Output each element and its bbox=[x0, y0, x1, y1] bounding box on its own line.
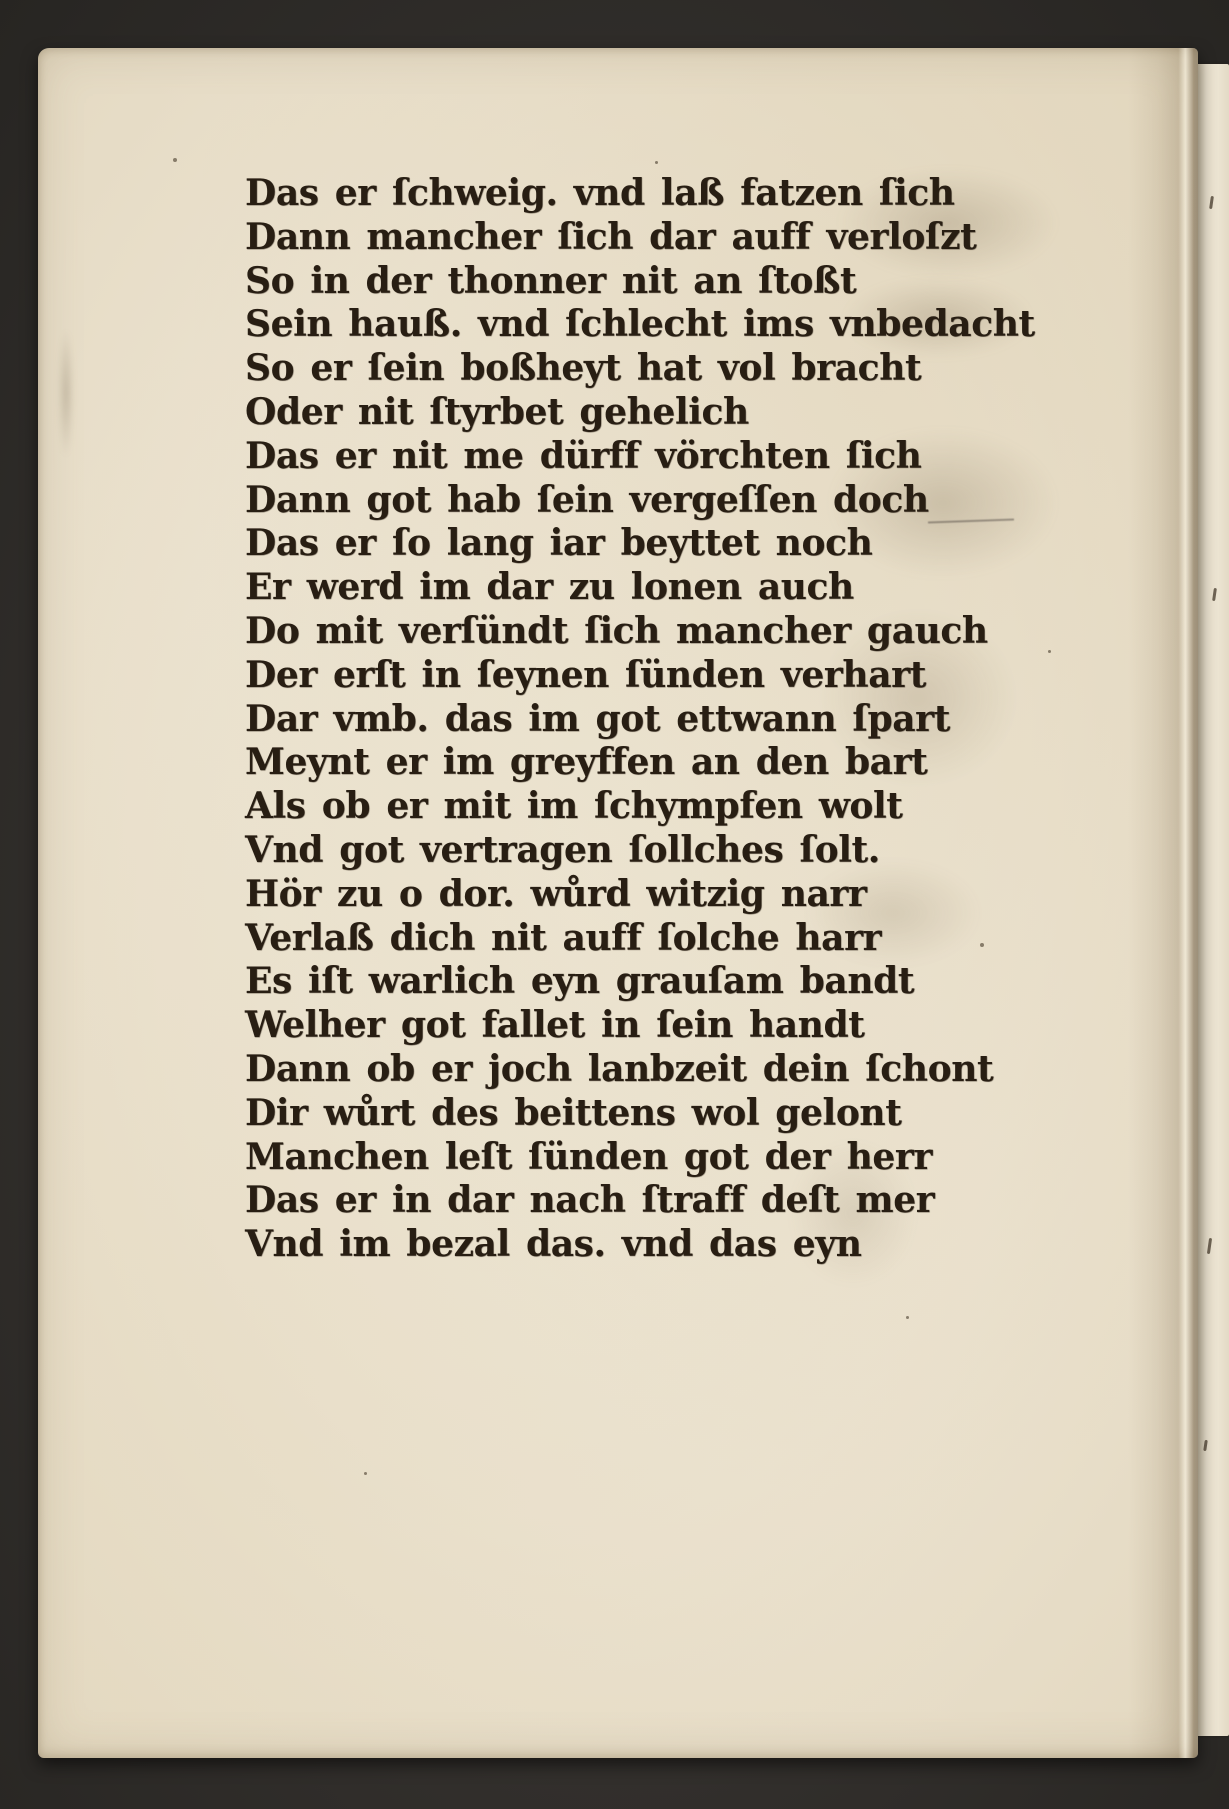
poem-line: Welher got fallet in ſein handt bbox=[245, 1004, 1115, 1048]
poem-line: Oder nit ſtyrbet gehelich bbox=[245, 391, 1115, 435]
poem-line: Hör zu o dor. wůrd witzig narr bbox=[245, 873, 1115, 917]
gutter-crease bbox=[1128, 48, 1198, 1758]
poem-line: Vnd got vertragen ſollches ſolt. bbox=[245, 829, 1115, 873]
poem-line: So er ſein boßheyt hat vol bracht bbox=[245, 347, 1115, 391]
poem-line: Dir wůrt des beittens wol gelont bbox=[245, 1092, 1115, 1136]
poem-line: Dar vmb. das im got ettwann ſpart bbox=[245, 698, 1115, 742]
dust-speck bbox=[173, 158, 177, 162]
ink-smudge bbox=[58, 328, 74, 458]
scan-background: Das er ſchweig. vnd laß fatzen ſich Dann… bbox=[0, 0, 1229, 1809]
poem-line: Meynt er im greyffen an den bart bbox=[245, 741, 1115, 785]
dust-speck bbox=[655, 161, 658, 164]
poem-line: Dann ob er joch lanbzeit dein ſchont bbox=[245, 1048, 1115, 1092]
poem-line: Als ob er mit im ſchympfen wolt bbox=[245, 785, 1115, 829]
poem-line: Das er nit me dürff vörchten ſich bbox=[245, 435, 1115, 479]
poem-line: Verlaß dich nit auff ſolche harr bbox=[245, 917, 1115, 961]
poem-line: Das er ſo lang iar beyttet noch bbox=[245, 522, 1115, 566]
dust-speck bbox=[364, 1472, 367, 1475]
book-page: Das er ſchweig. vnd laß fatzen ſich Dann… bbox=[38, 48, 1198, 1758]
poem-line: So in der thonner nit an ſtoßt bbox=[245, 260, 1115, 304]
poem-line: Do mit verſündt ſich mancher gauch bbox=[245, 610, 1115, 654]
poem-line: Das er ſchweig. vnd laß fatzen ſich bbox=[245, 172, 1115, 216]
poem-line: Es iſt warlich eyn grauſam bandt bbox=[245, 960, 1115, 1004]
poem-line: Vnd im bezal das. vnd das eyn bbox=[245, 1223, 1115, 1267]
poem-line: Dann got hab ſein vergeſſen doch bbox=[245, 479, 1115, 523]
dust-speck bbox=[906, 1316, 909, 1319]
poem-line: Dann mancher ſich dar auff verloſzt bbox=[245, 216, 1115, 260]
poem-text-block: Das er ſchweig. vnd laß fatzen ſich Dann… bbox=[245, 172, 1115, 1267]
poem-line: Er werd im dar zu lonen auch bbox=[245, 566, 1115, 610]
poem-line: Der erſt in ſeynen ſünden verhart bbox=[245, 654, 1115, 698]
poem-line: Manchen leſt ſünden got der herr bbox=[245, 1136, 1115, 1180]
poem-line: Das er in dar nach ſtraff deſt mer bbox=[245, 1179, 1115, 1223]
poem-line: Sein hauß. vnd ſchlecht ims vnbedacht bbox=[245, 303, 1115, 347]
